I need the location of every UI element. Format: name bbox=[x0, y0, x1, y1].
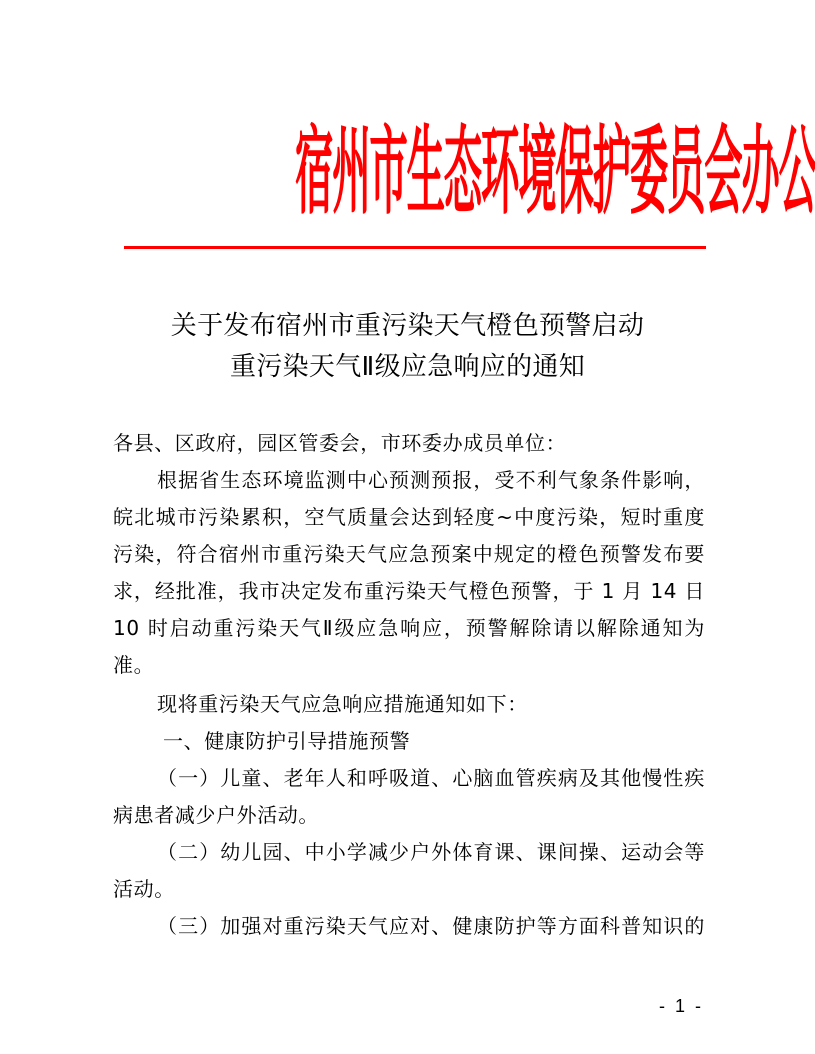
organization-name: 宿州市生态环境保护委员会办公室 bbox=[295, 95, 815, 250]
document-title-line-2: 重污染天气Ⅱ级应急响应的通知 bbox=[100, 347, 715, 387]
letterhead-red-rule bbox=[124, 246, 706, 249]
list-item-line: （二）幼儿园、中小学减少户外体育课、课间操、运动会等 bbox=[157, 834, 705, 871]
body-paragraph-line: 求，经批准，我市决定发布重污染天气橙色预警，于 1 月 14 日 bbox=[113, 573, 705, 610]
list-item-line: （三）加强对重污染天气应对、健康防护等方面科普知识的 bbox=[157, 908, 705, 945]
document-page: 宿州市生态环境保护委员会办公室 关于发布宿州市重污染天气橙色预警启动 重污染天气… bbox=[0, 0, 815, 1054]
list-item-line: （一）儿童、老年人和呼吸道、心脑血管疾病及其他慢性疾 bbox=[157, 760, 705, 797]
list-item-line: 病患者减少户外活动。 bbox=[113, 797, 713, 834]
document-title-line-1: 关于发布宿州市重污染天气橙色预警启动 bbox=[100, 306, 715, 346]
body-paragraph-line: 准。 bbox=[113, 647, 713, 684]
body-paragraph-line: 10 时启动重污染天气Ⅱ级应急响应，预警解除请以解除通知为 bbox=[113, 610, 705, 647]
body-paragraph-line: 皖北城市污染累积，空气质量会达到轻度~中度污染，短时重度 bbox=[113, 499, 705, 536]
salutation: 各县、区政府，园区管委会，市环委办成员单位： bbox=[113, 425, 713, 462]
body-paragraph-line: 现将重污染天气应急响应措施通知如下： bbox=[157, 686, 757, 723]
section-heading: 一、健康防护引导措施预警 bbox=[163, 723, 763, 760]
page-number: - 1 - bbox=[640, 994, 720, 1018]
body-paragraph-line: 污染，符合宿州市重污染天气应急预案中规定的橙色预警发布要 bbox=[113, 536, 705, 573]
body-paragraph-line: 根据省生态环境监测中心预测预报，受不利气象条件影响， bbox=[157, 462, 705, 499]
list-item-line: 活动。 bbox=[113, 871, 713, 908]
organization-letterhead: 宿州市生态环境保护委员会办公室 bbox=[124, 122, 706, 232]
